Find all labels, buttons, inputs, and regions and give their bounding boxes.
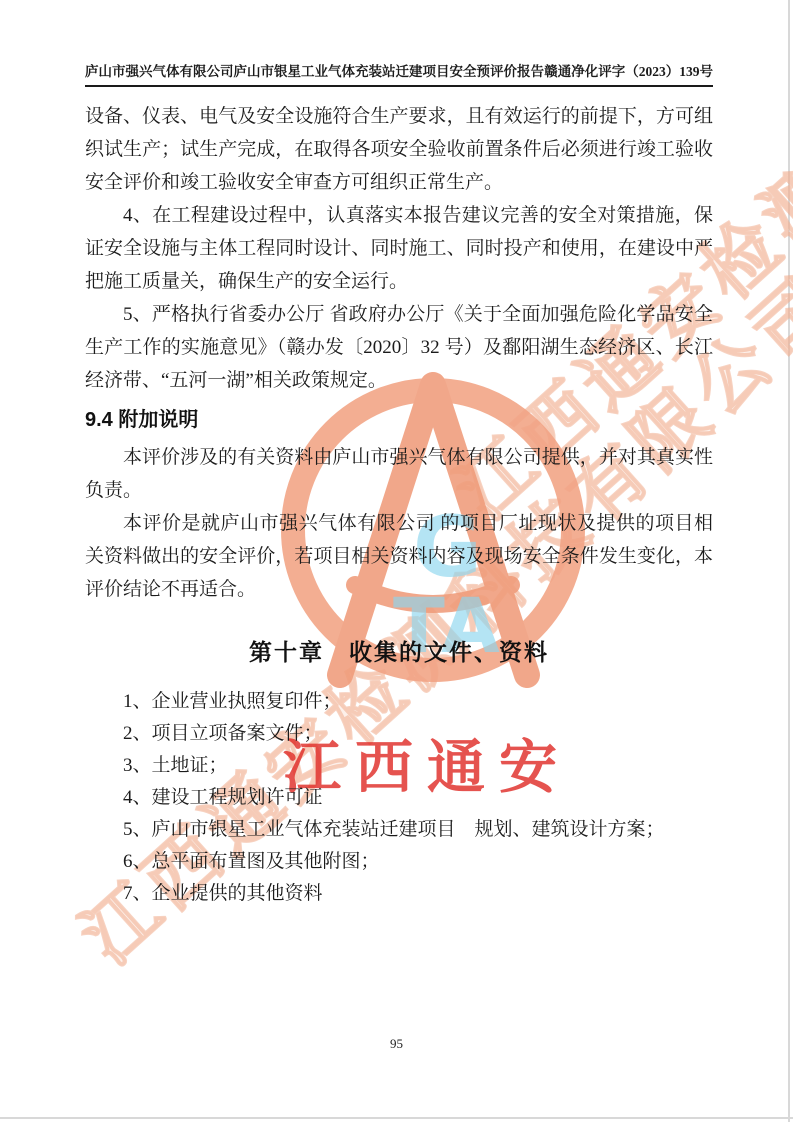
list-item: 6、总平面布置图及其他附图； — [123, 846, 713, 877]
list-item: 5、庐山市银星工业气体充装站迁建项目 规划、建筑设计方案； — [123, 814, 713, 845]
header-doc-number: 赣通净化评字（2023）139号 — [544, 60, 713, 80]
paragraph-measure-4: 4、在工程建设过程中，认真落实本报告建议完善的安全对策措施，保证安全设施与主体工… — [85, 199, 713, 298]
report-page: 江西通安检测科技有限公司 江西通安检测科技有限公司 G TA 江西通安 庐山市强… — [0, 0, 793, 1122]
list-item: 4、建设工程规划许可证 — [123, 782, 713, 813]
paragraph-measure-5: 5、严格执行省委办公厅 省政府办公厅《关于全面加强危险化学品安全生产工作的实施意… — [85, 298, 713, 397]
paragraph-continuation: 设备、仪表、电气及安全设施符合生产要求，且有效运行的前提下，方可组织试生产；试生… — [85, 100, 713, 199]
page-edge-right — [788, 0, 790, 1122]
page-header: 庐山市强兴气体有限公司庐山市银星工业气体充装站迁建项目安全预评价报告 赣通净化评… — [85, 60, 713, 87]
chapter-10-heading: 第十章 收集的文件、资料 — [85, 634, 713, 670]
list-item: 7、企业提供的其他资料 — [123, 878, 713, 909]
section-9-4-heading: 9.4 附加说明 — [85, 405, 713, 435]
list-item: 3、土地证； — [123, 750, 713, 781]
paragraph-section-9-4-1: 本评价涉及的有关资料由庐山市强兴气体有限公司提供，并对其真实性负责。 — [85, 441, 713, 507]
paragraph-section-9-4-2: 本评价是就庐山市强兴气体有限公司 的项目厂址现状及提供的项目相关资料做出的安全评… — [85, 507, 713, 606]
list-item: 2、项目立项备案文件； — [123, 718, 713, 749]
list-item: 1、企业营业执照复印件； — [123, 686, 713, 717]
page-edge-bottom — [0, 1117, 793, 1119]
page-footer: 95 — [0, 1036, 793, 1052]
page-number: 95 — [390, 1036, 403, 1051]
header-report-title: 庐山市强兴气体有限公司庐山市银星工业气体充装站迁建项目安全预评价报告 — [85, 60, 544, 80]
document-body: 设备、仪表、电气及安全设施符合生产要求，且有效运行的前提下，方可组织试生产；试生… — [85, 100, 713, 910]
collected-documents-list: 1、企业营业执照复印件； 2、项目立项备案文件； 3、土地证； 4、建设工程规划… — [85, 686, 713, 909]
